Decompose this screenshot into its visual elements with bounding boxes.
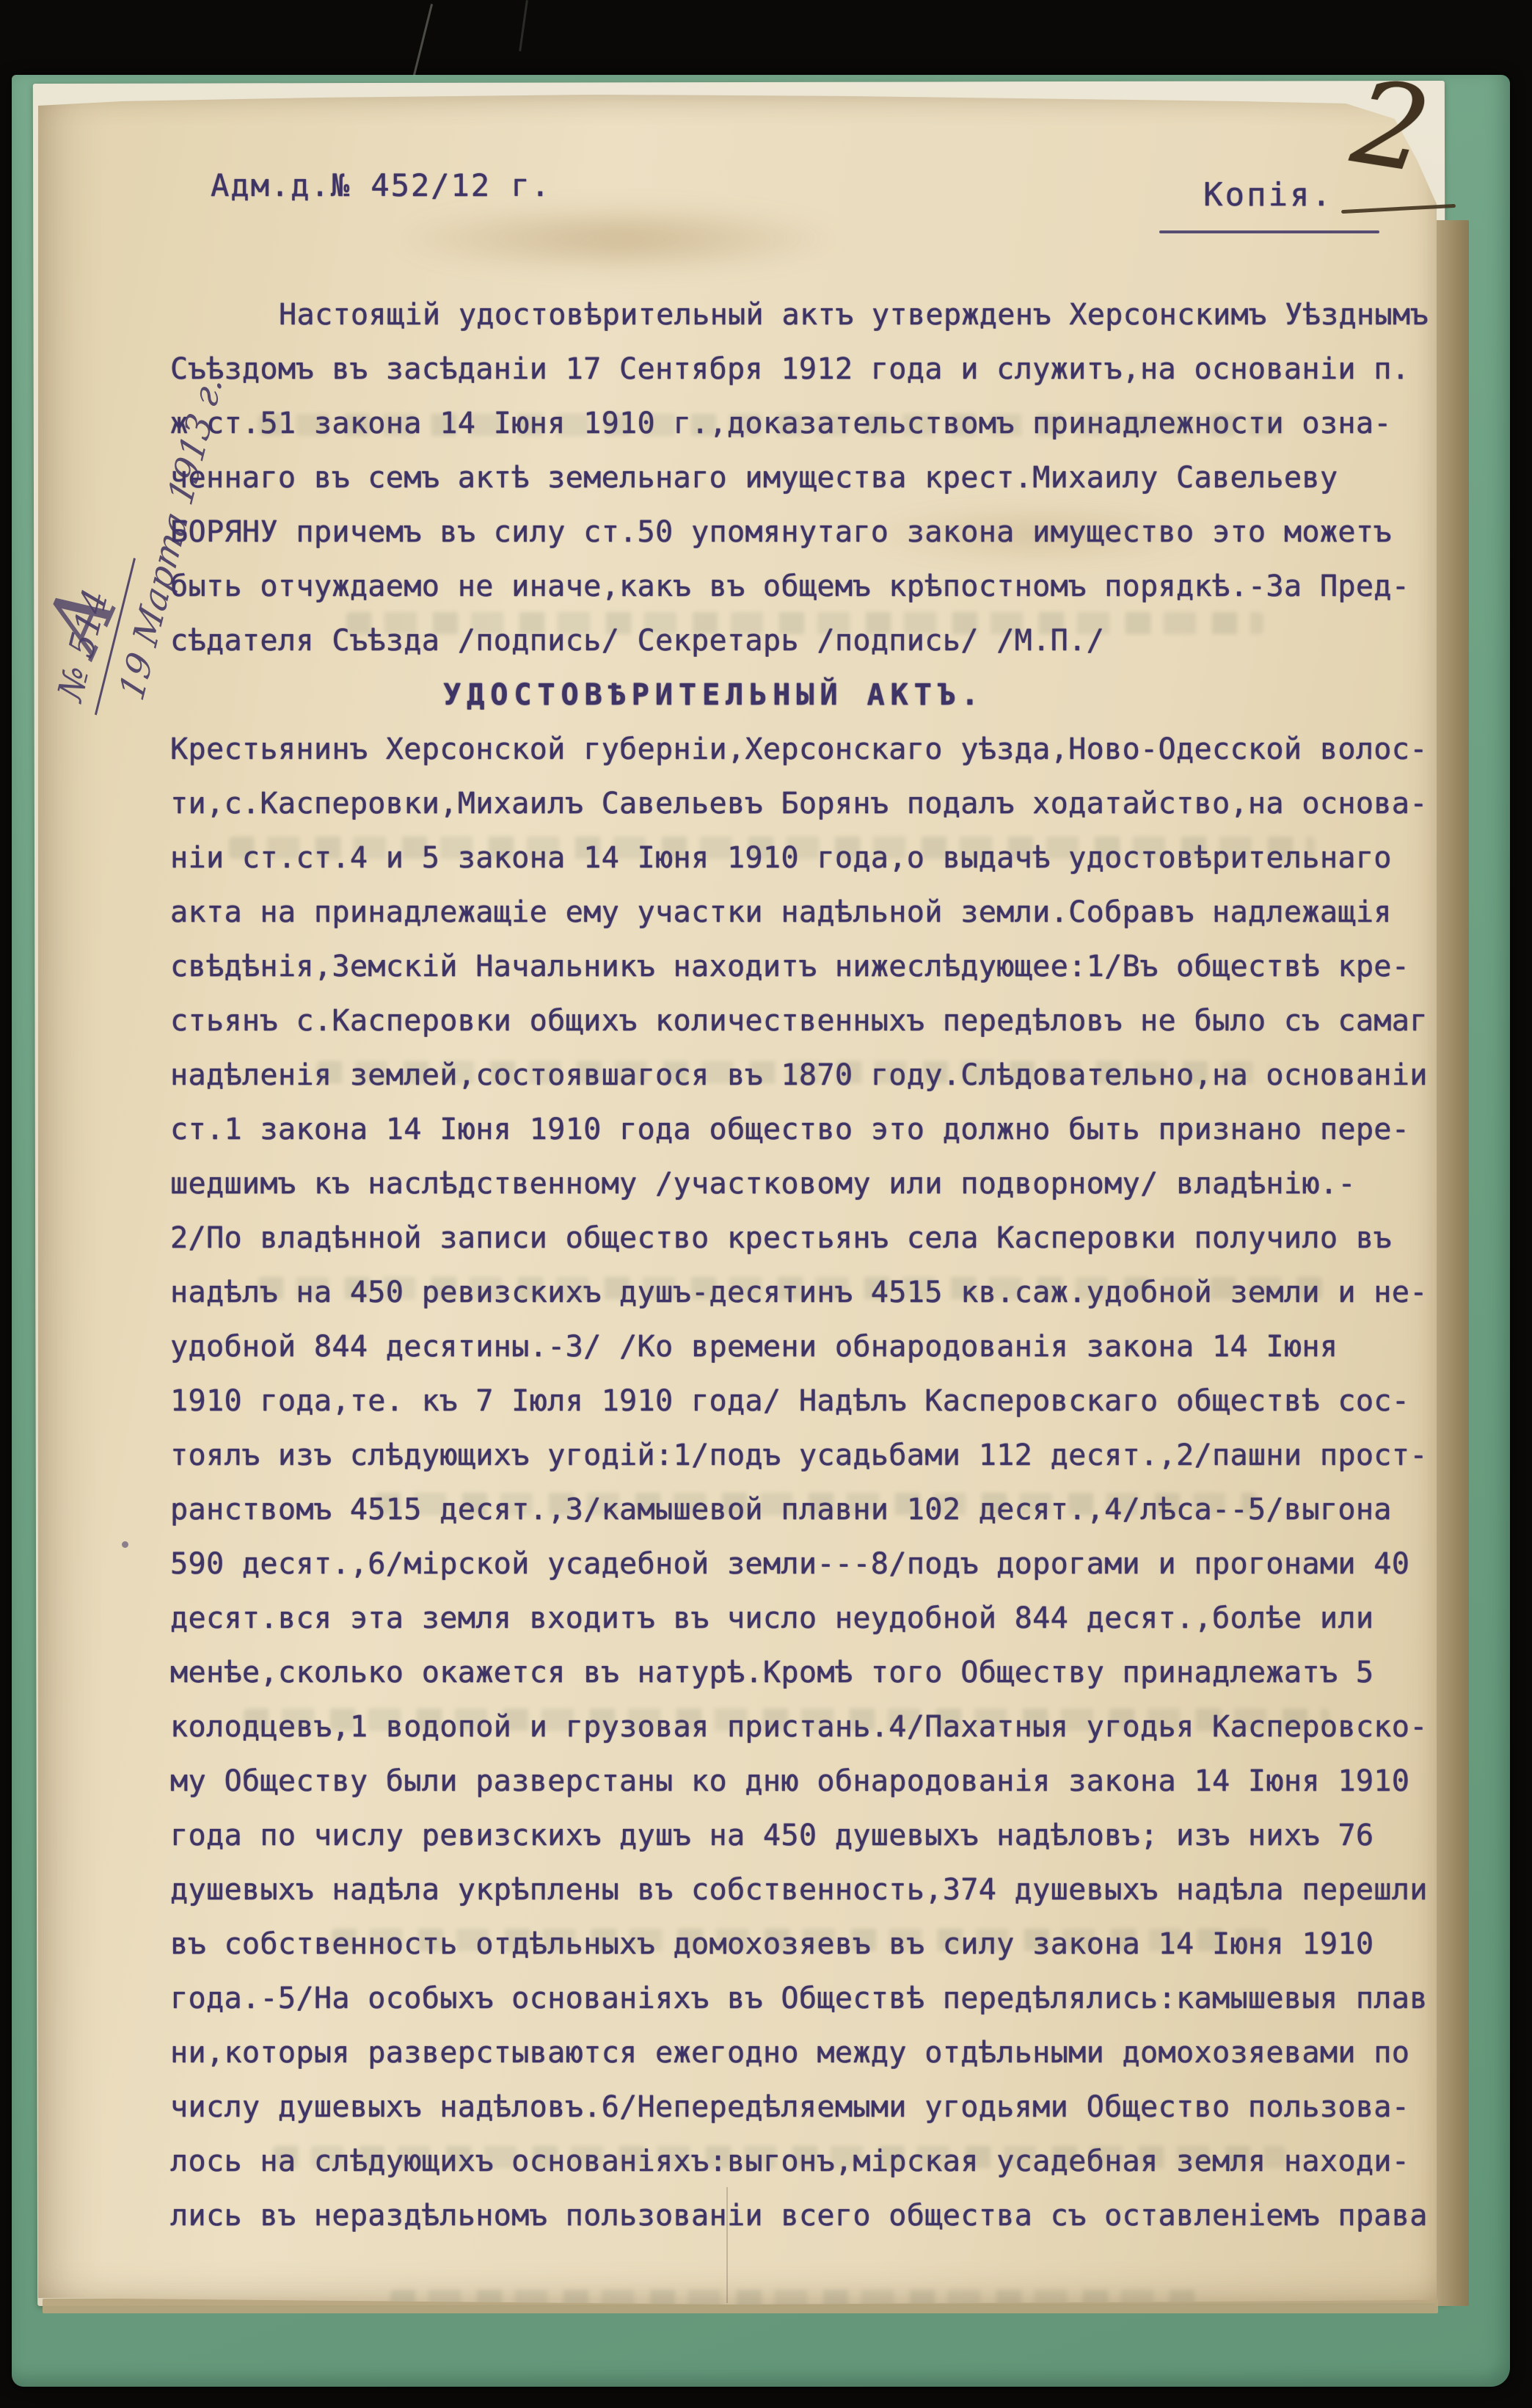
body-line: 590 десят.,6/мірской усадебной земли---8… [170,1537,1429,1591]
body-line: Съѣздомъ въ засѣданіи 17 Сентября 1912 г… [170,342,1429,396]
body-line: ж ст.51 закона 14 Іюня 1910 г.,доказател… [170,396,1429,451]
body-line: тоялъ изъ слѣдующихъ угодій:1/подъ усадь… [170,1428,1429,1483]
body-line: лись въ нераздѣльномъ пользованіи всего … [170,2189,1429,2243]
heading-line: УДОСТОВѢРИТЕЛЬНЫЙ АКТЪ. [170,668,1429,722]
body-line: въ собственность отдѣльныхъ домохозяевъ … [170,1917,1429,1971]
body-line: 1910 года,те. къ 7 Іюля 1910 года/ Надѣл… [170,1374,1429,1428]
body-line: сѣдателя Съѣзда /подпись/ Секретарь /под… [170,614,1429,668]
body-line: ранствомъ 4515 десят.,3/камышевой плавни… [170,1483,1429,1537]
body-line: БОРЯНУ причемъ въ силу ст.50 упомянутаго… [170,505,1429,559]
scan-scratch [413,4,433,76]
copy-label: Копія. [1203,176,1333,214]
scan-background: Адм.д.№ 452/12 г. Копія. № 514 19 Марта … [0,0,1532,2408]
body-line: колодцевъ,1 водопой и грузовая пристань.… [170,1700,1429,1754]
body-line: Настоящій удостовѣрительный актъ утвержд… [170,288,1429,342]
body-line: ст.1 закона 14 Іюня 1910 года общество э… [170,1102,1429,1157]
bleed-through-text [390,2290,1197,2305]
case-number: Адм.д.№ 452/12 г. [211,167,551,203]
body-line: года.-5/На особыхъ основаніяхъ въ Общест… [170,1971,1429,2026]
body-line: свѣдѣнія,Земскій Начальникъ находитъ ниж… [170,939,1429,994]
copy-label-underline [1159,230,1379,233]
body-line: душевыхъ надѣла укрѣплены въ собственнос… [170,1863,1429,1917]
paper-stain [390,204,845,274]
body-line: му Обществу были разверстаны ко дню обна… [170,1754,1429,1808]
body-line: акта на принадлежащіе ему участки надѣль… [170,885,1429,939]
body-line: года по числу ревизскихъ душъ на 450 душ… [170,1808,1429,1863]
body-line: надѣленія землей,состоявшагося въ 1870 г… [170,1048,1429,1102]
body-line: менѣе,сколько окажется въ натурѣ.Кромѣ т… [170,1645,1429,1700]
body-line: ченнаго въ семъ актѣ земельнаго имуществ… [170,451,1429,505]
body-line: шедшимъ къ наслѣдственному /участковому … [170,1157,1429,1211]
body-line: десят.вся эта земля входитъ въ число неу… [170,1591,1429,1645]
body-text: Настоящій удостовѣрительный актъ утвержд… [170,288,1429,2243]
scan-scratch [519,0,528,51]
body-line: числу душевыхъ надѣловъ.6/Непередѣляемым… [170,2080,1429,2134]
body-line: ніи ст.ст.4 и 5 закона 14 Іюня 1910 года… [170,831,1429,885]
page-stack-edge [1435,220,1469,2306]
body-line: быть отчуждаемо не иначе,какъ въ общемъ … [170,559,1429,614]
ink-dot [122,1541,128,1548]
body-line: 2/По владѣнной записи общество крестьянъ… [170,1211,1429,1265]
body-line: ни,которыя разверстываются ежегодно межд… [170,2026,1429,2080]
body-line: Крестьянинъ Херсонской губерніи,Херсонск… [170,722,1429,776]
document-page: Адм.д.№ 452/12 г. Копія. № 514 19 Марта … [38,94,1437,2305]
body-line: стьянъ с.Касперовки общихъ количественны… [170,994,1429,1048]
body-line: ти,с.Касперовки,Михаилъ Савельевъ Борянъ… [170,776,1429,831]
body-line: надѣлъ на 450 ревизскихъ душъ-десятинъ 4… [170,1265,1429,1320]
body-line: лось на слѣдующихъ основаніяхъ:выгонъ,мі… [170,2134,1429,2189]
body-line: удобной 844 десятины.-3/ /Ко времени обн… [170,1320,1429,1374]
